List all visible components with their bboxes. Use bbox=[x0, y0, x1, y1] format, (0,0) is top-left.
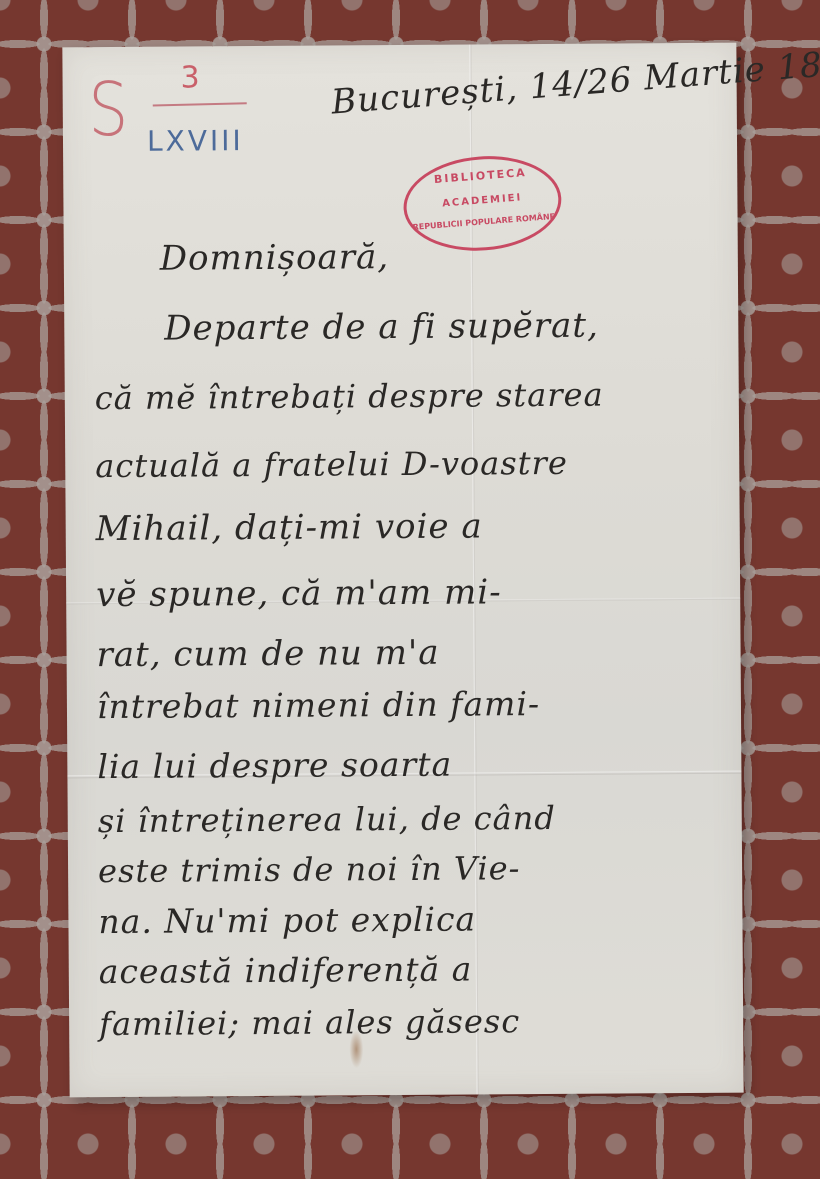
letter-line-7: întrebat nimeni din fami- bbox=[97, 684, 540, 726]
shelfmark-number: 3 bbox=[180, 60, 199, 95]
letter-line-13: familiei; mai ales găsesc bbox=[99, 1002, 520, 1043]
shelfmark-letter: S bbox=[88, 67, 129, 153]
shelfmark-roman-numeral: LXVIII bbox=[147, 124, 244, 158]
stamp-line-3: REPUBLICII POPULARE ROMÂNE bbox=[408, 212, 560, 233]
ink-stain bbox=[349, 1030, 363, 1068]
letter-line-6: rat, cum de nu m'a bbox=[96, 633, 439, 675]
letter-line-8: lia lui despre soarta bbox=[97, 745, 452, 786]
letter-line-9: și întreținerea lui, de când bbox=[98, 799, 556, 840]
letter-line-2: că mĕ întrebați despre starea bbox=[95, 376, 604, 418]
letter-line-4: Mihail, dați-mi voie a bbox=[96, 506, 483, 549]
salutation: Domnișoară, bbox=[160, 237, 390, 279]
letter-line-11: na. Nu'mi pot explica bbox=[98, 899, 476, 941]
shelfmark-divider bbox=[153, 102, 247, 106]
letter-line-10: este trimis de noi în Vie- bbox=[98, 849, 521, 890]
stamp-line-1: BIBLIOTECA bbox=[404, 164, 557, 189]
letter-sheet: S 3 LXVIII București, 14/26 Martie 1884.… bbox=[62, 43, 743, 1098]
stamp-line-2: ACADEMIEI bbox=[406, 190, 558, 213]
letter-line-5: vĕ spune, că m'am mi- bbox=[96, 572, 502, 615]
library-stamp: BIBLIOTECA ACADEMIEI REPUBLICII POPULARE… bbox=[400, 151, 565, 257]
letter-line-12: această indiferență a bbox=[99, 950, 473, 992]
letter-line-3: actuală a fratelui D-voastre bbox=[95, 444, 568, 485]
letter-line-1: Departe de a fi supĕrat, bbox=[164, 306, 599, 349]
